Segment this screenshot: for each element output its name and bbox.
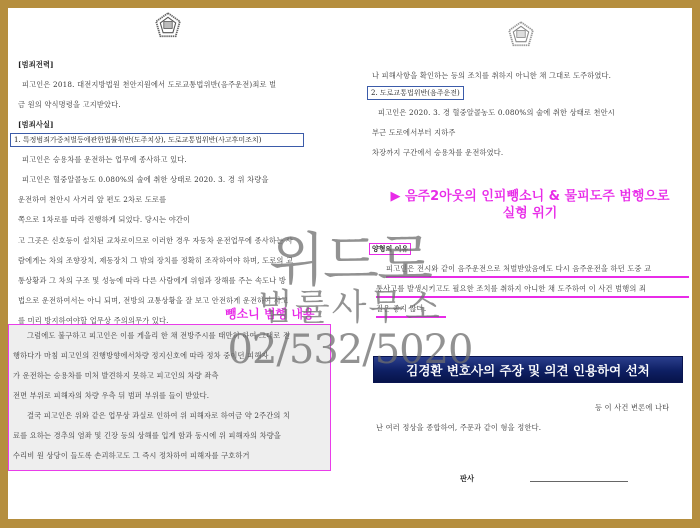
highlight-underline — [376, 296, 689, 298]
sentence-risk-callout: ▶ 음주2아웃의 인피뺑소니 & 물피도주 범행으로 실형 위기 — [370, 188, 690, 222]
section-2-line: 차장까지 구간에서 승용차를 운전하였다. — [372, 148, 503, 158]
sentencing-line: 통사고를 발생시키고도 필요한 조치를 취하지 아니한 채 도주하여 이 사건 … — [376, 284, 646, 294]
section-1-title-box: 1. 특정범죄가중처벌등에관한법률위반(도주치상), 도로교통법위반(사고후미조… — [10, 133, 304, 147]
highlight-underline — [386, 276, 689, 278]
facts-line: 피고인은 혈중알콜농도 0.080%의 술에 취한 상태로 2020. 3. 경… — [22, 175, 269, 185]
highlighted-line: 전면 부위로 피해자의 차량 우측 뒤 범퍼 부위를 들이 받았다. — [13, 391, 209, 401]
hit-and-run-highlight-box: 그럼에도 불구하고 피고인은 이를 게을리 한 채 전방주시를 태만히 하여 그… — [8, 324, 331, 471]
closing-line: 등 이 사건 변론에 나타 — [595, 403, 669, 413]
gold-frame: [범죄전력] 피고인은 2018. 대전지방법원 천안지원에서 도로교통법위반(… — [0, 0, 700, 528]
continuation-line: 나 피해사항을 확인하는 등의 조치를 취하지 아니한 채 그대로 도주하였다. — [372, 71, 611, 81]
court-seal-icon — [154, 11, 182, 39]
callout-line-1: ▶ 음주2아웃의 인피뺑소니 & 물피도주 범행으로 — [370, 188, 690, 205]
facts-line: 피고인은 승용차를 운전하는 업무에 종사하고 있다. — [22, 155, 187, 165]
judge-signature-line — [530, 481, 628, 482]
lawyer-result-banner: 김경환 변호사의 주장 및 의견 인용하여 선처 — [373, 356, 683, 383]
highlighted-line: 수리비 원 상당이 들도록 손괴하고도 그 즉시 정차하여 피해자를 구호하거 — [13, 451, 250, 461]
court-seal-icon — [507, 20, 535, 48]
facts-heading: [범죄사실] — [18, 120, 54, 130]
callout-line-2: 실형 위기 — [370, 205, 690, 222]
sentencing-line: 질은 좋지 않다. — [376, 304, 426, 314]
section-2-title-box: 2. 도로교통법위반(음주운전) — [367, 86, 464, 100]
sentencing-reason-heading: 양형의 이유 — [369, 243, 411, 255]
hit-and-run-label: 뺑소니 범행 내용 — [225, 305, 315, 322]
facts-line: 람에게는 차의 조향장치, 제동장치 그 밖의 장치를 정확히 조작하여야 하며… — [18, 256, 293, 266]
section-2-line: 부근 도로에서부터 지하주 — [372, 128, 456, 138]
highlighted-line: 결국 피고인은 위와 같은 업무상 과실로 인하여 위 피해자로 하여금 약 2… — [27, 411, 290, 421]
highlighted-line: 그럼에도 불구하고 피고인은 이를 게을리 한 채 전방주시를 태만히 하여 그… — [27, 331, 290, 341]
highlighted-line: 가 운전하는 승용차를 미처 발견하지 못하고 피고인의 차량 좌측 — [13, 371, 219, 381]
judge-label: 판사 — [460, 474, 474, 484]
facts-line: 고 그곳은 신호등이 설치된 교차로이므로 이러한 경우 자동차 운전업무에 종… — [18, 236, 293, 246]
highlighted-line: 행하다가 마침 피고인의 진행방향에서차량 정지신호에 따라 정차 중이던 피해… — [13, 351, 269, 361]
sentencing-line: 피고인은 전시와 같이 음주운전으로 처벌받았음에도 다시 음주운전을 하던 도… — [386, 264, 651, 274]
criminal-record-line: 금 원의 약식명령을 고지받았다. — [18, 100, 121, 110]
facts-line: 쪽으로 1차로를 따라 진행하게 되었다. 당시는 야간이 — [18, 215, 190, 225]
section-2-line: 피고인은 2020. 3. 경 혈중알콜농도 0.080%의 술에 취한 상태로… — [378, 108, 615, 118]
closing-line: 난 여러 정상을 종합하여, 주문과 같이 형을 정한다. — [376, 423, 541, 433]
criminal-record-heading: [범죄전력] — [18, 60, 54, 70]
highlight-underline — [376, 316, 446, 318]
judgment-page-right: 나 피해사항을 확인하는 등의 조치를 취하지 아니한 채 그대로 도주하였다.… — [350, 8, 692, 519]
highlighted-line: 료를 요하는 경추의 염좌 및 긴장 등의 상해를 입게 함과 동시에 위 피해… — [13, 431, 281, 441]
facts-line: 통상황과 그 차의 구조 및 성능에 따라 다른 사람에게 위험과 장해를 주는… — [18, 276, 286, 286]
criminal-record-line: 피고인은 2018. 대전지방법원 천안지원에서 도로교통법위반(음주운전)죄로… — [22, 80, 276, 90]
judgment-page-left: [범죄전력] 피고인은 2018. 대전지방법원 천안지원에서 도로교통법위반(… — [8, 8, 350, 519]
facts-line: 운전하여 천안시 사거리 앞 편도 2차로 도로를 — [18, 195, 166, 205]
